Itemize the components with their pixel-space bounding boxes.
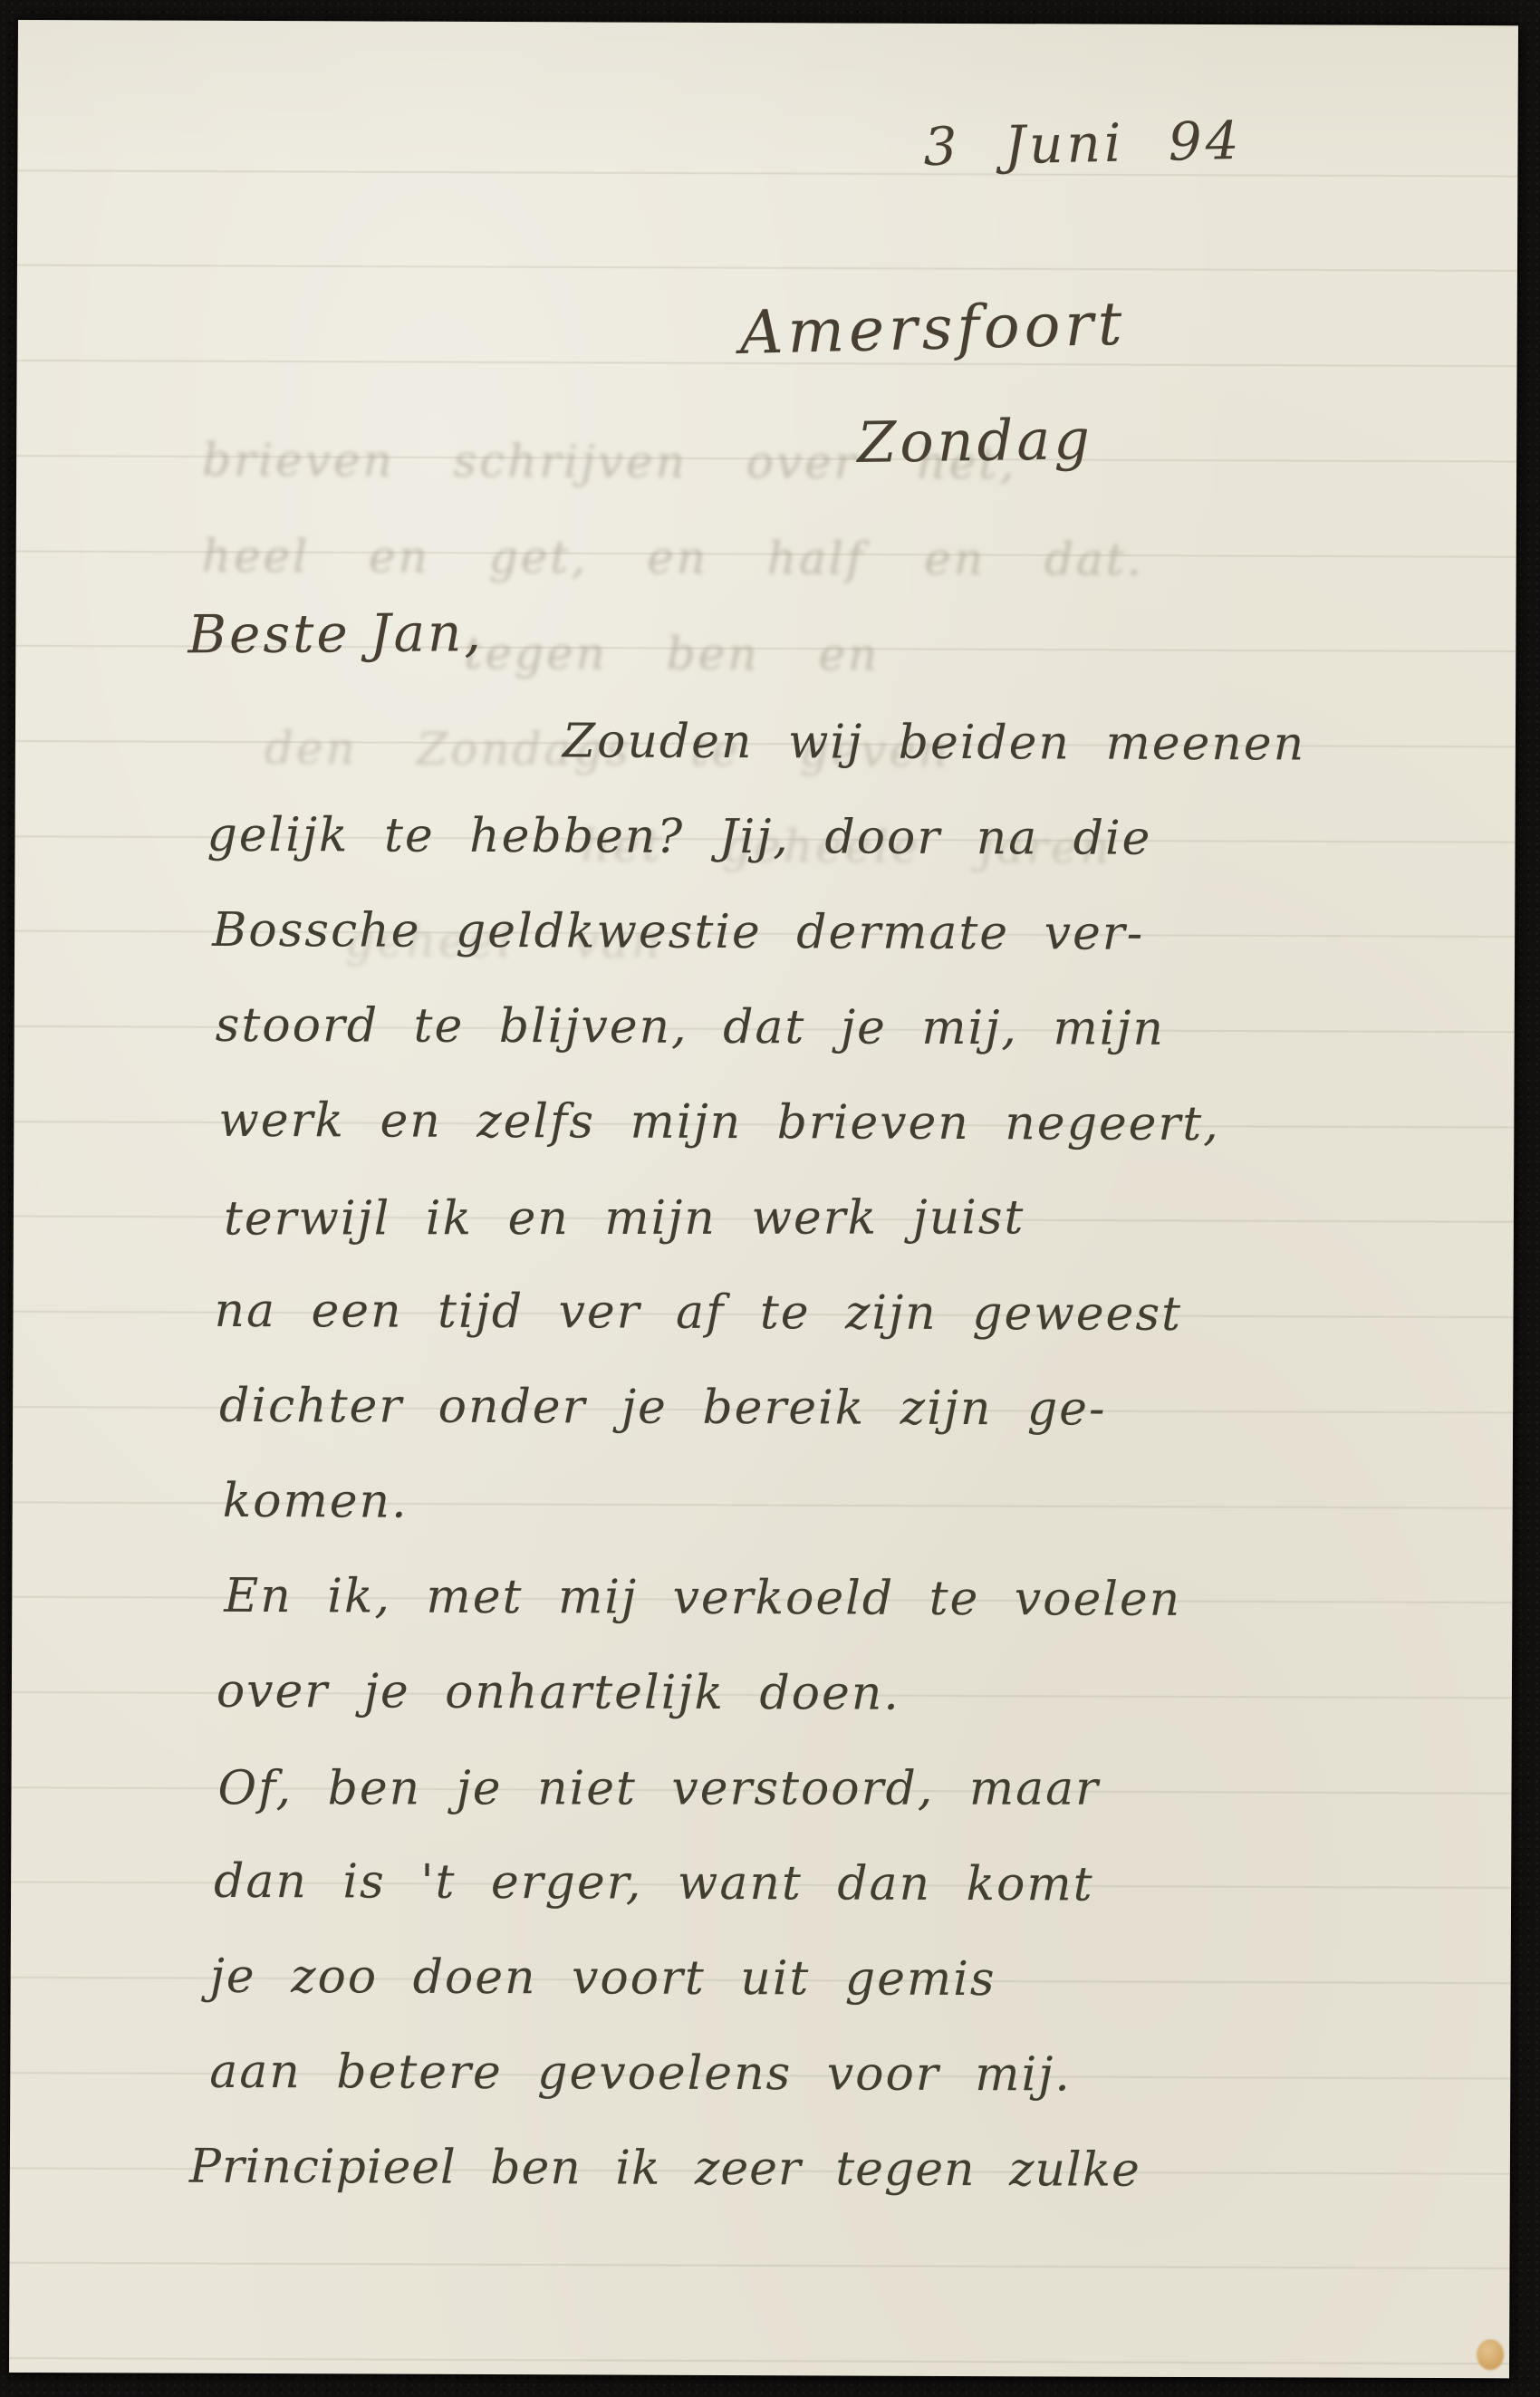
bleedthrough-line: brieven schrijven over het, [202, 412, 1470, 513]
letter-line: Bossche geldkwestie dermate ver- [212, 883, 1493, 983]
letter-line: je zoo doen voort uit gemis [210, 1930, 1489, 2029]
scan-background: { "letter": { "kind": "handwritten lette… [0, 0, 1540, 2397]
place-line: Amersfoort [739, 289, 1127, 368]
salutation: Beste Jan, [188, 602, 484, 665]
bleedthrough-line: tegen ben en [464, 605, 1469, 705]
letter-line: Of, ben je niet verstoord, maar [217, 1741, 1489, 1836]
letter-line: gelijk te hebben? Jij, door na die [207, 788, 1493, 888]
letter-line: over je onhartelijk doen. [217, 1644, 1490, 1744]
letter-body: Zouden wij beiden meenengelijk te hebben… [202, 693, 1494, 2219]
letter-line: komen. [223, 1454, 1491, 1554]
letter-line: En ik, met mij verkoeld te voelen [224, 1549, 1490, 1649]
day-line: Zondag [857, 406, 1094, 476]
letter-line: werk en zelfs mijn brieven negeert, [218, 1073, 1492, 1173]
letter-line: na een tijd ver af te zijn geweest [214, 1264, 1491, 1363]
letter-line: dan is 't erger, want dan komt [214, 1834, 1489, 1934]
date-line: 3 Juni 94 [923, 110, 1243, 178]
letter-line: aan betere gevoelens voor mij. [209, 2025, 1488, 2124]
letter-line: dichter onder je bereik zijn ge- [219, 1359, 1491, 1458]
letter-line: Principieel ben ik zeer tegen zulke [189, 2120, 1488, 2220]
adhesive-dot [1477, 2339, 1504, 2370]
letter-line: terwijl ik en mijn werk juist [224, 1170, 1492, 1267]
bleedthrough-line: heel en get, en half en dat. [202, 508, 1470, 609]
letter-line: Zouden wij beiden meenen [207, 693, 1494, 793]
letter-line: stoord te blijven, dat je mij, mijn [216, 978, 1493, 1078]
letter-paper: brieven schrijven over het,heel en get, … [9, 20, 1518, 2378]
